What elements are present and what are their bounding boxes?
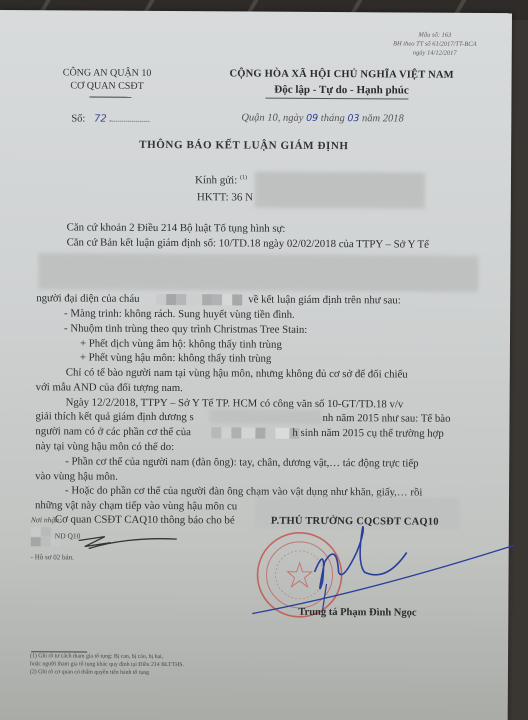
form-reference: Mẫu số: 163 BH theo TT số 61/2017/TT-BCA… [365, 30, 505, 58]
dateline-prefix: Quận 10, ngày [241, 112, 303, 123]
body-line: Căn cứ khoản 2 Điều 214 Bộ luật Tố tụng … [67, 221, 286, 234]
redaction-blur [38, 253, 478, 292]
body-line: vào vùng hậu môn. [35, 470, 118, 483]
body-line: + Phết vùng hậu môn: không thấy tinh trù… [80, 351, 272, 364]
national-title: CỘNG HÒA XÃ HỘI CHỦ NGHĨA VIỆT NAM [222, 68, 462, 80]
footnote-ref: (1) [240, 175, 247, 181]
signer-name: Trung tá Phạm Đình Ngọc [298, 607, 416, 619]
redaction-blur [255, 172, 425, 209]
body-line: về kết luận giám định trên như sau: [248, 294, 401, 307]
agency-line2: CƠ QUAN CSĐT [59, 79, 154, 93]
address-line: HKTT: 36 N [197, 191, 253, 203]
number-dotted-line [109, 121, 149, 122]
addressee-label: Kính gửi: [195, 174, 237, 186]
addressee-line: Kính gửi: (1) [195, 174, 247, 186]
body-line: Căn cứ Bản kết luận giám định số: 10/TD.… [67, 236, 429, 250]
redaction-mosaic [211, 427, 299, 439]
dateline-month-label: tháng [321, 113, 345, 124]
body-line: - Màng trinh: không rách. Sung huyết vùn… [64, 307, 295, 320]
redaction-mosaic [156, 294, 242, 306]
recipients-label: Nơi nhận: [31, 515, 62, 524]
body-line: - Phần cơ thể của người nam (đàn ông): t… [65, 455, 418, 469]
body-line: Chỉ có tế bào người nam tại vùng hậu môn… [66, 366, 408, 380]
body-line: với mẫu AND của đối tượng nam. [36, 381, 183, 394]
footnote: (1) Ghi rõ tư cách tham gia tố tụng: Bị … [30, 653, 163, 660]
dateline-year: năm 2018 [362, 113, 404, 124]
footnote: hoặc người tham gia tố tụng khác quy địn… [30, 661, 184, 668]
number-value: 72 [94, 114, 107, 125]
number-label: Số: [71, 113, 85, 124]
initials-scribble-icon [67, 530, 187, 561]
body-line: giải thích kết quả giám định dương s [35, 410, 193, 423]
body-line: Cơ quan CSĐT CAQ10 thông báo cho bé [55, 513, 235, 526]
document-number: Số: 72 [71, 113, 149, 124]
issuing-agency: CÔNG AN QUẬN 10 CƠ QUAN CSĐT [59, 66, 154, 93]
document-title: THÔNG BÁO KẾT LUẬN GIÁM ĐỊNH [139, 139, 349, 152]
body-line: - Nhuộm tinh trùng theo quy trình Christ… [64, 322, 307, 335]
body-line: những vật này chạm tiếp vào vùng hậu môn… [35, 499, 237, 512]
redaction-mosaic [31, 527, 51, 536]
body-line: Ngày 12/2/2018, TTPY – Sở Y Tế TP. HCM c… [66, 396, 404, 410]
form-date: ngày 14/12/2017 [365, 48, 505, 58]
agency-divider [89, 97, 131, 98]
national-motto: Độc lập - Tự do - Hạnh phúc [221, 83, 461, 96]
body-line: này tại vùng hậu môn có thể do: [35, 440, 174, 453]
dateline-month: 03 [347, 113, 359, 124]
agency-line1: CÔNG AN QUẬN 10 [60, 66, 155, 80]
dateline-day: 09 [306, 113, 318, 124]
redaction-blur [209, 409, 321, 424]
body-line: người đại diện của cháu [36, 292, 139, 305]
footnote: (2) Ghi rõ cơ quan có thẩm quyền tiến hà… [30, 669, 149, 676]
body-line: + Phết dịch vùng âm hộ: không thấy tinh … [80, 337, 282, 350]
body-line: h sinh năm 2015 cụ thể trường hợp [292, 427, 443, 440]
motto-divider [265, 98, 408, 100]
dateline: Quận 10, ngày 09 tháng 03 năm 2018 [241, 112, 404, 124]
document-page: Mẫu số: 163 BH theo TT số 61/2017/TT-BCA… [0, 10, 512, 720]
body-line: nh năm 2015 như sau: Tế bào [322, 412, 450, 425]
body-line: người nam có ở các phần cơ thể của [35, 425, 191, 438]
